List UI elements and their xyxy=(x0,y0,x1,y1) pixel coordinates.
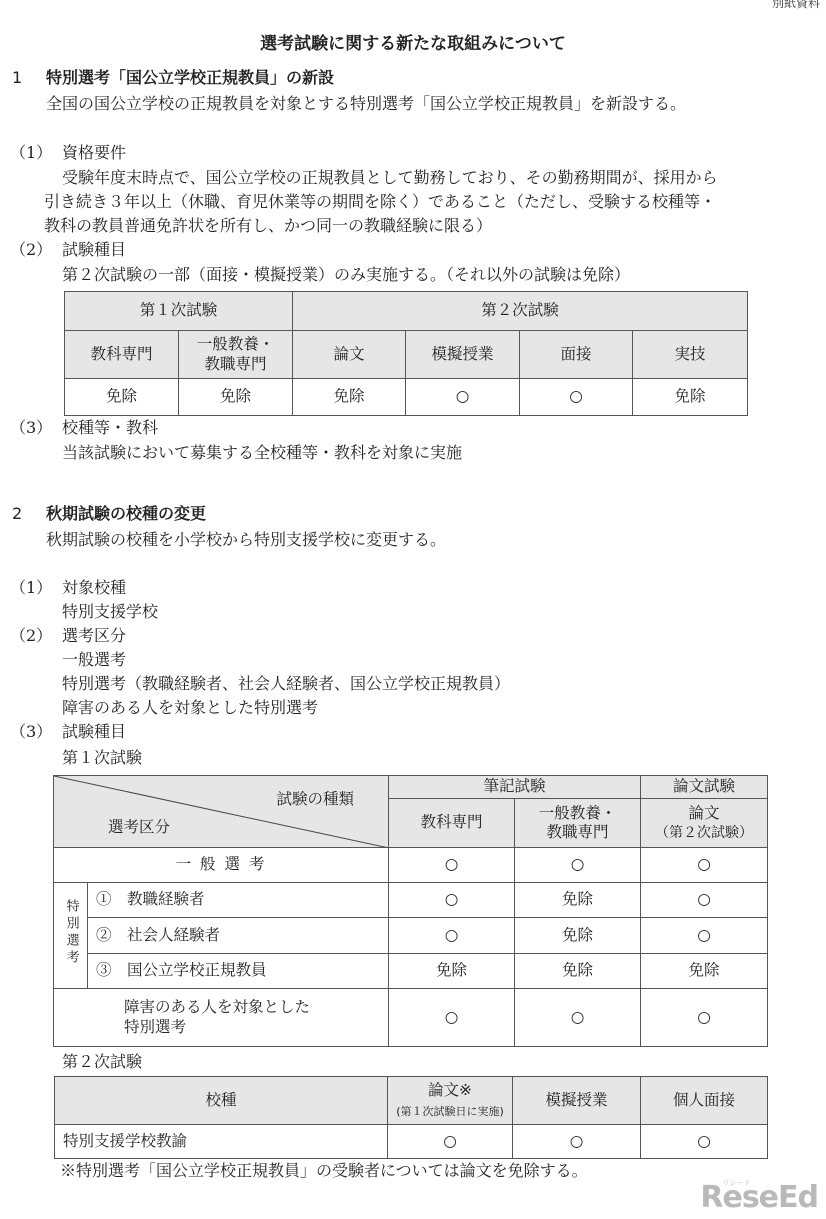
table-row: 特別支援学校教諭 ○ ○ ○ xyxy=(55,1125,768,1159)
table-cell: 免除 xyxy=(515,918,641,954)
col-general-education: 一般教養・教職専門 xyxy=(515,799,641,848)
col-essay: 論文（第２次試験） xyxy=(641,799,768,848)
table-cell: 免除 xyxy=(179,379,293,416)
col-school-type: 校種 xyxy=(55,1077,388,1125)
corner-header: 試験の種類 選考区分 xyxy=(54,776,389,848)
phase2-exam-table: 校種 論文※(第１次試験日に実施) 模擬授業 個人面接 特別支援学校教諭 ○ ○… xyxy=(54,1076,768,1159)
group-written-exam: 筆記試験 xyxy=(389,776,641,799)
section2-sub3-label: （3） xyxy=(10,724,52,740)
group-second-exam: 第２次試験 xyxy=(293,292,748,331)
section2-heading: 秋期試験の校種の変更 xyxy=(46,506,206,522)
row-label: 一 般 選 考 xyxy=(54,848,389,883)
section2-sub3-heading: 試験種目 xyxy=(62,724,126,740)
phase2-caption: 第２次試験 xyxy=(62,1054,142,1070)
row-label: 特別支援学校教諭 xyxy=(55,1125,388,1159)
row-label: ③ 国公立学校正規教員 xyxy=(88,954,389,989)
qualification-line-2: 引き続き３年以上（休職、育児休業等の期間を除く）であること（ただし、受験する校種… xyxy=(44,194,716,210)
row-label: ② 社会人経験者 xyxy=(88,918,389,954)
table-cell: 免除 xyxy=(633,379,748,416)
table-row: 障害のある人を対象とした特別選考 ○ ○ ○ xyxy=(54,989,768,1047)
col-essay: 論文※(第１次試験日に実施) xyxy=(388,1077,513,1125)
footnote: ※特別選考「国公立学校正規教員」の受験者については論文を免除する。 xyxy=(60,1163,588,1179)
section1-sub2-text: 第２次試験の一部（面接・模擬授業）のみ実施する。（それ以外の試験は免除） xyxy=(62,267,630,283)
qualification-line-3: 教科の教員普通免許状を所有し、かつ同一の教職経験に限る） xyxy=(44,218,492,234)
corner-label: 別紙資料 xyxy=(772,0,820,11)
table-cell: ○ xyxy=(520,379,633,416)
table-cell: ○ xyxy=(641,989,768,1047)
section1-sub2-heading: 試験種目 xyxy=(62,242,126,258)
page-title: 選考試験に関する新たな取組みについて xyxy=(0,36,826,53)
col-subject-specialty: 教科専門 xyxy=(389,799,515,848)
table-cell: 免除 xyxy=(65,379,179,416)
table-row: ② 社会人経験者 ○ 免除 ○ xyxy=(54,918,768,954)
category-general: 一般選考 xyxy=(62,652,126,668)
table-row: ③ 国公立学校正規教員 免除 免除 免除 xyxy=(54,954,768,989)
section2-sub1-label: （1） xyxy=(10,580,52,596)
section2-sub2-label: （2） xyxy=(10,628,52,644)
table-cell: ○ xyxy=(641,1125,768,1159)
col-mock-lesson: 模擬授業 xyxy=(406,331,520,379)
diagonal-line xyxy=(54,776,389,848)
table-cell: ○ xyxy=(641,848,768,883)
col-subject-specialty: 教科専門 xyxy=(65,331,179,379)
row-label: 障害のある人を対象とした特別選考 xyxy=(54,989,389,1047)
col-general-education: 一般教養・教職専門 xyxy=(179,331,293,379)
table-row: 特別選考 ① 教職経験者 ○ 免除 ○ xyxy=(54,883,768,918)
table-cell: ○ xyxy=(515,848,641,883)
section2-sub2-heading: 選考区分 xyxy=(62,628,126,644)
table-row: 免除 免除 免除 ○ ○ 免除 xyxy=(65,379,748,416)
table-cell: ○ xyxy=(389,883,515,918)
phase1-exam-table: 試験の種類 選考区分 筆記試験 論文試験 教科専門 一般教養・教職専門 論文（第… xyxy=(53,775,768,1047)
table-cell: 免除 xyxy=(515,883,641,918)
table-cell: ○ xyxy=(389,918,515,954)
col-practical: 実技 xyxy=(633,331,748,379)
table-cell: ○ xyxy=(641,883,768,918)
special-group-label: 特別選考 xyxy=(54,883,88,989)
group-first-exam: 第１次試験 xyxy=(65,292,293,331)
section2-sub1-text: 特別支援学校 xyxy=(62,604,158,620)
section1-sub3-label: （3） xyxy=(10,420,52,436)
section2-number: 2 xyxy=(12,506,22,522)
section1-sub3-heading: 校種等・教科 xyxy=(62,420,158,436)
table-cell: ○ xyxy=(389,848,515,883)
section1-intro: 全国の国公立学校の正規教員を対象とする特別選考「国公立学校正規教員」を新設する。 xyxy=(46,96,686,112)
section1-sub2-label: （2） xyxy=(10,242,52,258)
section2-sub1-heading: 対象校種 xyxy=(62,580,126,596)
table-cell: ○ xyxy=(641,918,768,954)
section1-heading: 特別選考「国公立学校正規教員」の新設 xyxy=(46,70,334,86)
table-cell: 免除 xyxy=(641,954,768,989)
category-disability: 障害のある人を対象とした特別選考 xyxy=(62,700,318,716)
qualification-line-1: 受験年度末時点で、国公立学校の正規教員として勤務しており、その勤務期間が、採用か… xyxy=(62,170,718,186)
section2-intro: 秋期試験の校種を小学校から特別支援学校に変更する。 xyxy=(46,532,446,548)
phase1-caption: 第１次試験 xyxy=(62,750,142,766)
corner-bottom-label: 選考区分 xyxy=(108,818,170,837)
special-selection-exam-table: 第１次試験 第２次試験 教科専門 一般教養・教職専門 論文 模擬授業 面接 実技… xyxy=(64,291,748,416)
table-cell: ○ xyxy=(389,989,515,1047)
table-cell: ○ xyxy=(388,1125,513,1159)
table-cell: ○ xyxy=(513,1125,641,1159)
group-essay-exam: 論文試験 xyxy=(641,776,768,799)
col-personal-interview: 個人面接 xyxy=(641,1077,768,1125)
section1-sub3-text: 当該試験において募集する全校種等・教科を対象に実施 xyxy=(62,445,462,461)
table-cell: 免除 xyxy=(515,954,641,989)
watermark-logo: リシードReseEd xyxy=(700,1180,818,1215)
row-label: ① 教職経験者 xyxy=(88,883,389,918)
table-cell: 免除 xyxy=(389,954,515,989)
section1-sub1-label: （1） xyxy=(10,145,52,161)
category-special: 特別選考（教職経験者、社会人経験者、国公立学校正規教員） xyxy=(62,676,510,692)
col-mock-lesson: 模擬授業 xyxy=(513,1077,641,1125)
table-cell: 免除 xyxy=(293,379,406,416)
table-row: 一 般 選 考 ○ ○ ○ xyxy=(54,848,768,883)
table-cell: ○ xyxy=(406,379,520,416)
table-cell: ○ xyxy=(515,989,641,1047)
section1-number: 1 xyxy=(12,70,22,86)
col-essay: 論文 xyxy=(293,331,406,379)
corner-top-label: 試験の種類 xyxy=(276,790,354,809)
col-interview: 面接 xyxy=(520,331,633,379)
section1-sub1-heading: 資格要件 xyxy=(62,145,126,161)
